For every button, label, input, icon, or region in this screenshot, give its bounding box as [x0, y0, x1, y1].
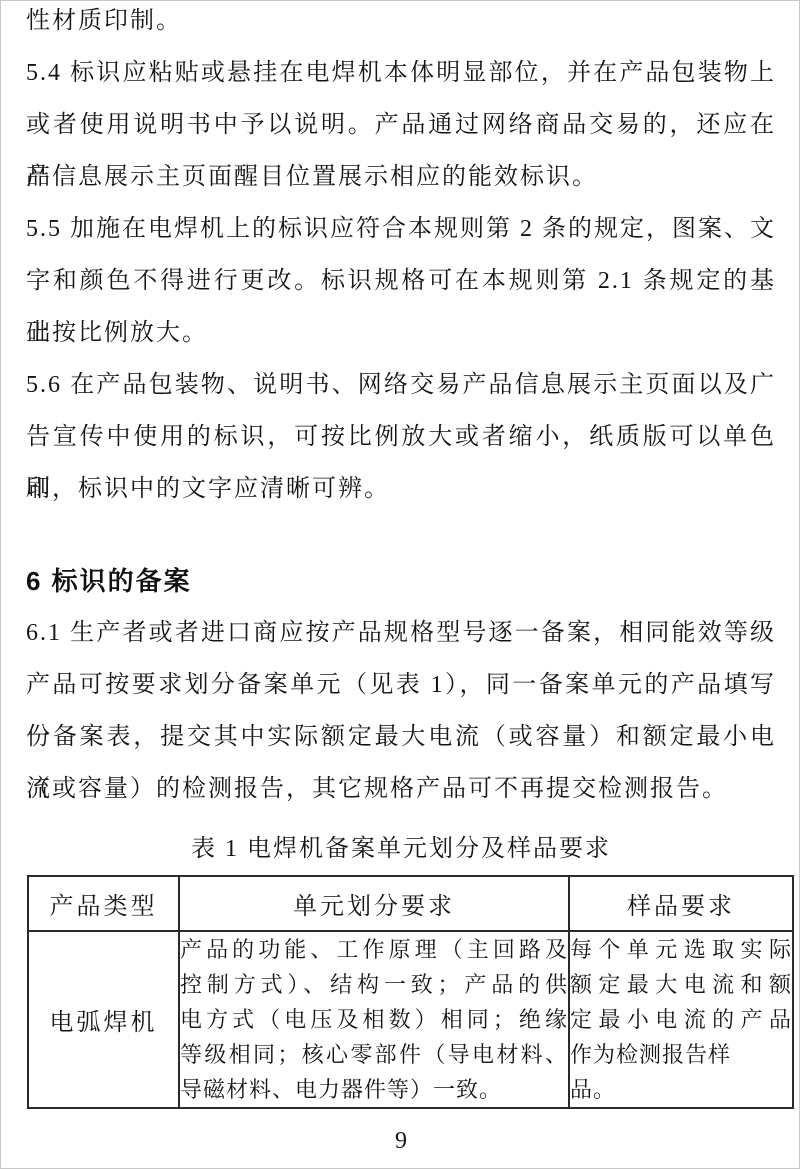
- table-header-unit-division: 单元划分要求: [179, 876, 569, 931]
- cell-text-line: 定最小电流的产品: [570, 1002, 792, 1037]
- text-line: 5.5 加施在电焊机上的标识应符合本规则第 2 条的规定，图案、文: [26, 203, 776, 255]
- cell-text-line: 等级相同；核心零部件（导电材料、: [180, 1037, 568, 1072]
- paragraph-5-5: 5.5 加施在电焊机上的标识应符合本规则第 2 条的规定，图案、文 字和颜色不得…: [26, 203, 776, 359]
- text-line: 告宣传中使用的标识，可按比例放大或者缩小，纸质版可以单色印: [26, 411, 776, 463]
- paragraph-5-4: 5.4 标识应粘贴或悬挂在电焊机本体明显部位，并在产品包装物上 或者使用说明书中…: [26, 47, 776, 203]
- cell-text-line: 额定最大电流和额: [570, 967, 792, 1002]
- table-header-product-type: 产品类型: [28, 876, 179, 931]
- table-header-row: 产品类型 单元划分要求 样品要求: [28, 876, 793, 931]
- text-line: 份备案表，提交其中实际额定最大电流（或容量）和额定最小电流: [26, 711, 776, 763]
- cell-product-type: 电弧焊机: [28, 931, 179, 1108]
- cell-text-line: 产品的功能、工作原理（主回路及: [180, 932, 568, 967]
- text-line: （或容量）的检测报告，其它规格产品可不再提交检测报告。: [26, 763, 776, 815]
- cell-text-line: 控制方式）、结构一致；产品的供: [180, 967, 568, 1002]
- cell-text-line: 作为检测报告样: [570, 1037, 792, 1072]
- cell-unit-division: 产品的功能、工作原理（主回路及 控制方式）、结构一致；产品的供 电方式（电压及相…: [179, 931, 569, 1108]
- text-line: 字和颜色不得进行更改。标识规格可在本规则第 2.1 条规定的基础: [26, 255, 776, 307]
- text-line: 品信息展示主页面醒目位置展示相应的能效标识。: [26, 151, 776, 203]
- paragraph-5-6: 5.6 在产品包装物、说明书、网络交易产品信息展示主页面以及广 告宣传中使用的标…: [26, 359, 776, 515]
- cell-text-line: 导磁材料、电力器件等）一致。: [180, 1072, 568, 1107]
- table-row: 电弧焊机 产品的功能、工作原理（主回路及 控制方式）、结构一致；产品的供 电方式…: [28, 931, 793, 1108]
- cell-sample: 每个单元选取实际 额定最大电流和额 定最小电流的产品 作为检测报告样 品。: [569, 931, 793, 1108]
- text-line: 上按比例放大。: [26, 307, 776, 359]
- paragraph-6-1: 6.1 生产者或者进口商应按产品规格型号逐一备案，相同能效等级 产品可按要求划分…: [26, 607, 776, 815]
- paragraph-continued: 性材质印制。: [26, 0, 776, 47]
- text-line: 6.1 生产者或者进口商应按产品规格型号逐一备案，相同能效等级: [26, 607, 776, 659]
- text-line: 或者使用说明书中予以说明。产品通过网络商品交易的，还应在产: [26, 99, 776, 151]
- document-content: 性材质印制。 5.4 标识应粘贴或悬挂在电焊机本体明显部位，并在产品包装物上 或…: [26, 0, 776, 1161]
- text-line: 5.6 在产品包装物、说明书、网络交易产品信息展示主页面以及广: [26, 359, 776, 411]
- document-page: 性材质印制。 5.4 标识应粘贴或悬挂在电焊机本体明显部位，并在产品包装物上 或…: [0, 0, 800, 1169]
- section-heading-6: 6 标识的备案: [26, 555, 776, 607]
- table-1: 产品类型 单元划分要求 样品要求 电弧焊机 产品的功能、工作原理（主回路及 控制…: [27, 875, 794, 1109]
- table-header-sample: 样品要求: [569, 876, 793, 931]
- page-number: 9: [26, 1121, 776, 1161]
- cell-text-line: 电方式（电压及相数）相同；绝缘: [180, 1002, 568, 1037]
- table-caption: 表 1 电焊机备案单元划分及样品要求: [26, 823, 776, 875]
- cell-text-line: 品。: [570, 1072, 792, 1107]
- text-line: 5.4 标识应粘贴或悬挂在电焊机本体明显部位，并在产品包装物上: [26, 47, 776, 99]
- text-line: 性材质印制。: [26, 0, 776, 47]
- text-line: 产品可按要求划分备案单元（见表 1），同一备案单元的产品填写一: [26, 659, 776, 711]
- cell-text-line: 每个单元选取实际: [570, 932, 792, 967]
- text-line: 刷，标识中的文字应清晰可辨。: [26, 463, 776, 515]
